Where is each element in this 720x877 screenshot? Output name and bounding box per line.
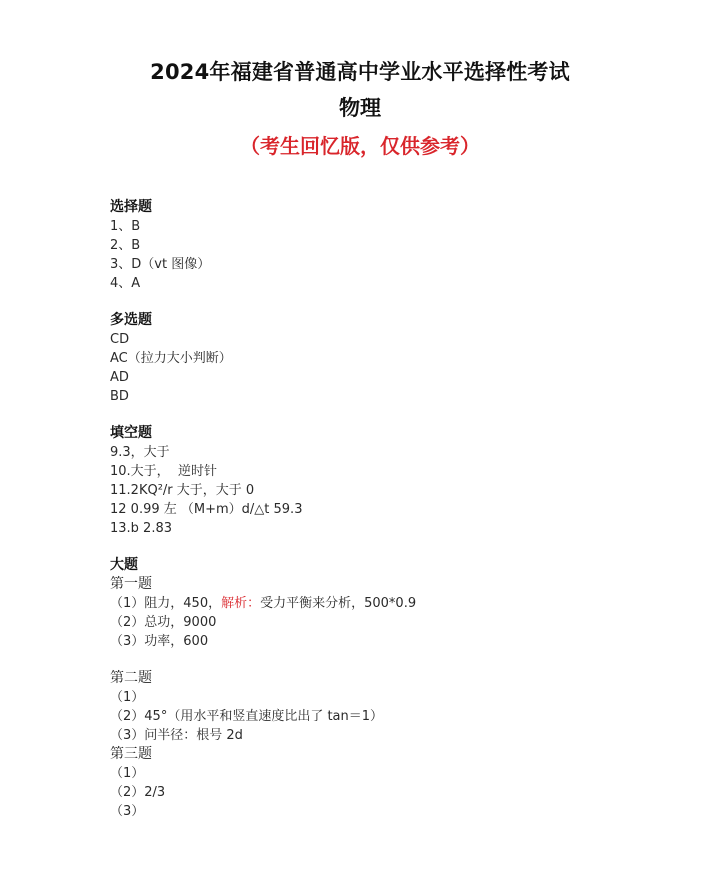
answer-line: 10.大于， 逆时针 <box>110 462 670 481</box>
question-2-title: 第二题 <box>110 669 670 688</box>
section-heading: 大题 <box>110 556 670 575</box>
answer-text: 受力平衡来分析，500*0.9 <box>260 596 416 611</box>
answer-line: 9.3，大于 <box>110 443 670 462</box>
answer-line: （2）总功，9000 <box>110 613 670 632</box>
answer-line: 12 0.99 左 （M+m）d/△t 59.3 <box>110 500 670 519</box>
answer-line: AD <box>110 368 670 387</box>
spacer <box>110 293 670 311</box>
answer-line: 11.2KQ²/r 大于，大于 0 <box>110 481 670 500</box>
section-big-questions: 大题 第一题 （1）阻力，450，解析：受力平衡来分析，500*0.9 （2）总… <box>110 556 670 821</box>
answer-line: 2、B <box>110 236 670 255</box>
section-single-choice: 选择题 1、B 2、B 3、D（vt 图像） 4、A <box>110 198 670 293</box>
section-heading: 选择题 <box>110 198 670 217</box>
answer-line: （2）2/3 <box>110 783 670 802</box>
document-title: 2024年福建省普通高中学业水平选择性考试 <box>0 56 720 86</box>
answer-line: （3）功率，600 <box>110 632 670 651</box>
answer-text: （1）阻力，450， <box>110 596 221 611</box>
answer-line: （3）问半径：根号 2d <box>110 726 670 745</box>
answer-content: 选择题 1、B 2、B 3、D（vt 图像） 4、A 多选题 CD AC（拉力大… <box>110 198 670 821</box>
answer-line: CD <box>110 330 670 349</box>
answer-line: AC（拉力大小判断） <box>110 349 670 368</box>
answer-line: （1） <box>110 688 670 707</box>
answer-line: BD <box>110 387 670 406</box>
answer-line: （1）阻力，450，解析：受力平衡来分析，500*0.9 <box>110 594 670 613</box>
section-heading: 填空题 <box>110 424 670 443</box>
answer-line: （1） <box>110 764 670 783</box>
answer-line: 3、D（vt 图像） <box>110 255 670 274</box>
analysis-label: 解析： <box>221 596 260 611</box>
spacer <box>110 651 670 669</box>
answer-line: 13.b 2.83 <box>110 519 670 538</box>
question-3-title: 第三题 <box>110 745 670 764</box>
answer-line: 4、A <box>110 274 670 293</box>
section-heading: 多选题 <box>110 311 670 330</box>
answer-line: （2）45°（用水平和竖直速度比出了 tan＝1） <box>110 707 670 726</box>
question-1-title: 第一题 <box>110 575 670 594</box>
answer-line: （3） <box>110 802 670 821</box>
section-fill-blank: 填空题 9.3，大于 10.大于， 逆时针 11.2KQ²/r 大于，大于 0 … <box>110 424 670 538</box>
disclaimer-note: （考生回忆版，仅供参考） <box>0 130 720 159</box>
section-multi-choice: 多选题 CD AC（拉力大小判断） AD BD <box>110 311 670 406</box>
spacer <box>110 406 670 424</box>
answer-line: 1、B <box>110 217 670 236</box>
spacer <box>110 538 670 556</box>
subject-title: 物理 <box>0 92 720 122</box>
